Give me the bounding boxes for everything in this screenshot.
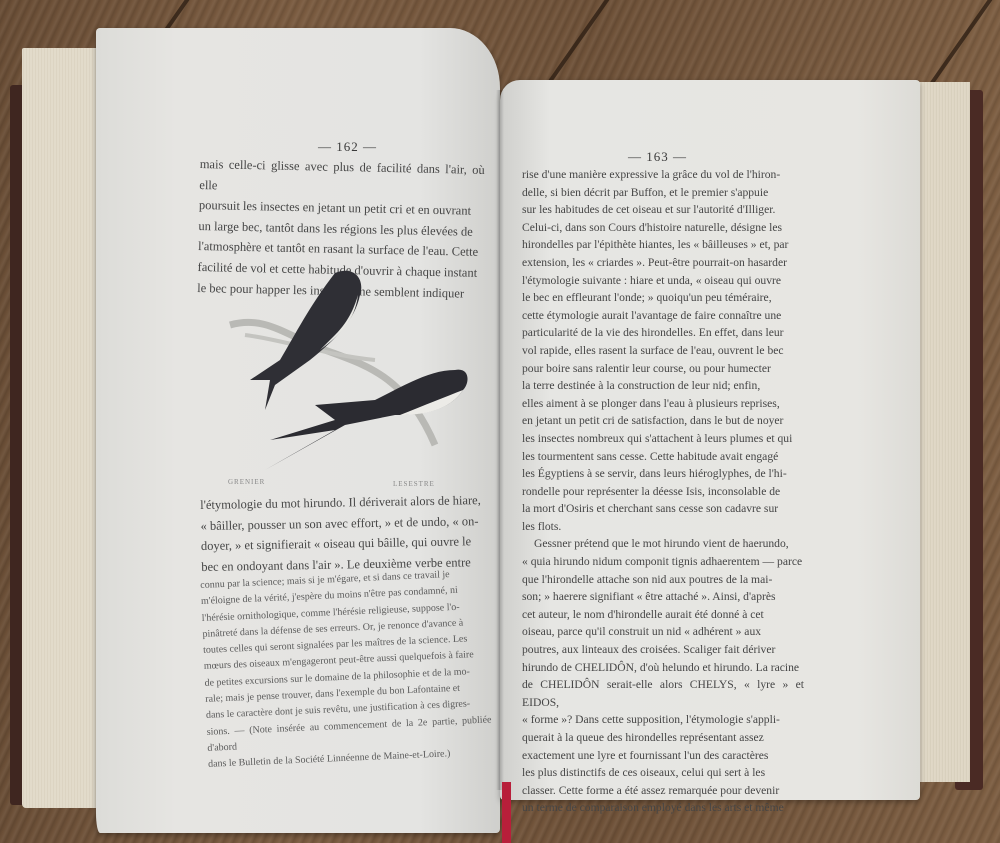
text-line: l'étymologie suivante : hiare et unda, «…: [522, 272, 804, 290]
text-line: le bec en effleurant l'onde; » quoiqu'un…: [522, 289, 804, 307]
bookmark-ribbon: [502, 782, 511, 843]
text-line: rondelle pour représenter la déesse Isis…: [522, 483, 804, 501]
page-number-left: — 162 —: [318, 139, 377, 155]
text-line: les insectes nombreux qui s'attachent à …: [522, 430, 804, 448]
text-line: les tourmentent sans cesse. Cette habitu…: [522, 448, 804, 466]
text-line: classer. Cette forme a été assez remarqu…: [522, 782, 804, 800]
text-line: son; » haerere signifiant « être attaché…: [522, 588, 804, 606]
text-line: elles aiment à se plonger dans l'eau à p…: [522, 395, 804, 413]
text-line: de CHELIDÔN serait-elle alors CHELYS, « …: [522, 676, 804, 711]
text-line: poutres, aux linteaux des croisées. Scal…: [522, 641, 804, 659]
illustration-caption-left: GRENIER: [228, 478, 265, 486]
text-line: la terre destinée à la construction de l…: [522, 377, 804, 395]
text-line: extension, les « criardes ». Peut-être p…: [522, 254, 804, 272]
text-line: les flots.: [522, 518, 804, 536]
text-line: la mort d'Osiris et cherchant sans cesse…: [522, 500, 804, 518]
text-line: particularité de la vie des hirondelles.…: [522, 324, 804, 342]
text-line: cet auteur, le nom d'hirondelle aurait é…: [522, 606, 804, 624]
text-line: les Égyptiens à se servir, dans leurs hi…: [522, 465, 804, 483]
text-line: mais celle-ci glisse avec plus de facili…: [199, 154, 485, 201]
text-line: hirundo de CHELIDÔN, d'où helundo et hir…: [522, 659, 804, 677]
text-line: cette étymologie aurait l'avantage de fa…: [522, 307, 804, 325]
text-line: que l'hirondelle attache son nid aux pou…: [522, 571, 804, 589]
text-line: « forme »? Dans cette supposition, l'éty…: [522, 711, 804, 729]
page-number-right: — 163 —: [628, 149, 687, 165]
text-line: en jetant un petit cri de satisfaction, …: [522, 412, 804, 430]
text-line: « quia hirundo nidum componit tignis adh…: [522, 553, 804, 571]
text-line: hirondelles par l'épithète hiantes, les …: [522, 236, 804, 254]
text-line: vol rapide, elles rasent la surface de l…: [522, 342, 804, 360]
text-line: rise d'une manière expressive la grâce d…: [522, 166, 804, 184]
swallows-engraving: [225, 265, 475, 480]
text-line: querait à la queue des hirondelles repré…: [522, 729, 804, 747]
text-line: exactement une lyre et fournissant l'un …: [522, 747, 804, 765]
text-line: Gessner prétend que le mot hirundo vient…: [522, 535, 804, 553]
text-line: Celui-ci, dans son Cours d'histoire natu…: [522, 219, 804, 237]
illustration-caption-right: LESESTRE: [393, 480, 435, 488]
text-line: sur les habitudes de cet oiseau et sur l…: [522, 201, 804, 219]
right-page-text: rise d'une manière expressive la grâce d…: [522, 166, 804, 817]
text-line: delle, si bien décrit par Buffon, et le …: [522, 184, 804, 202]
text-line: oiseau, parce qu'il construit un nid « a…: [522, 623, 804, 641]
text-line: un terme de comparaison employé dans les…: [522, 799, 804, 817]
book-gutter: [496, 90, 504, 790]
page-edges-left: [22, 48, 102, 808]
text-line: les plus distinctifs de ces oiseaux, cel…: [522, 764, 804, 782]
left-middle-text: l'étymologie du mot hirundo. Il dérivera…: [200, 490, 486, 577]
text-line: pour boire sans ralentir leur course, ou…: [522, 360, 804, 378]
left-footnote: connu par la science; mais si je m'égare…: [200, 566, 493, 774]
